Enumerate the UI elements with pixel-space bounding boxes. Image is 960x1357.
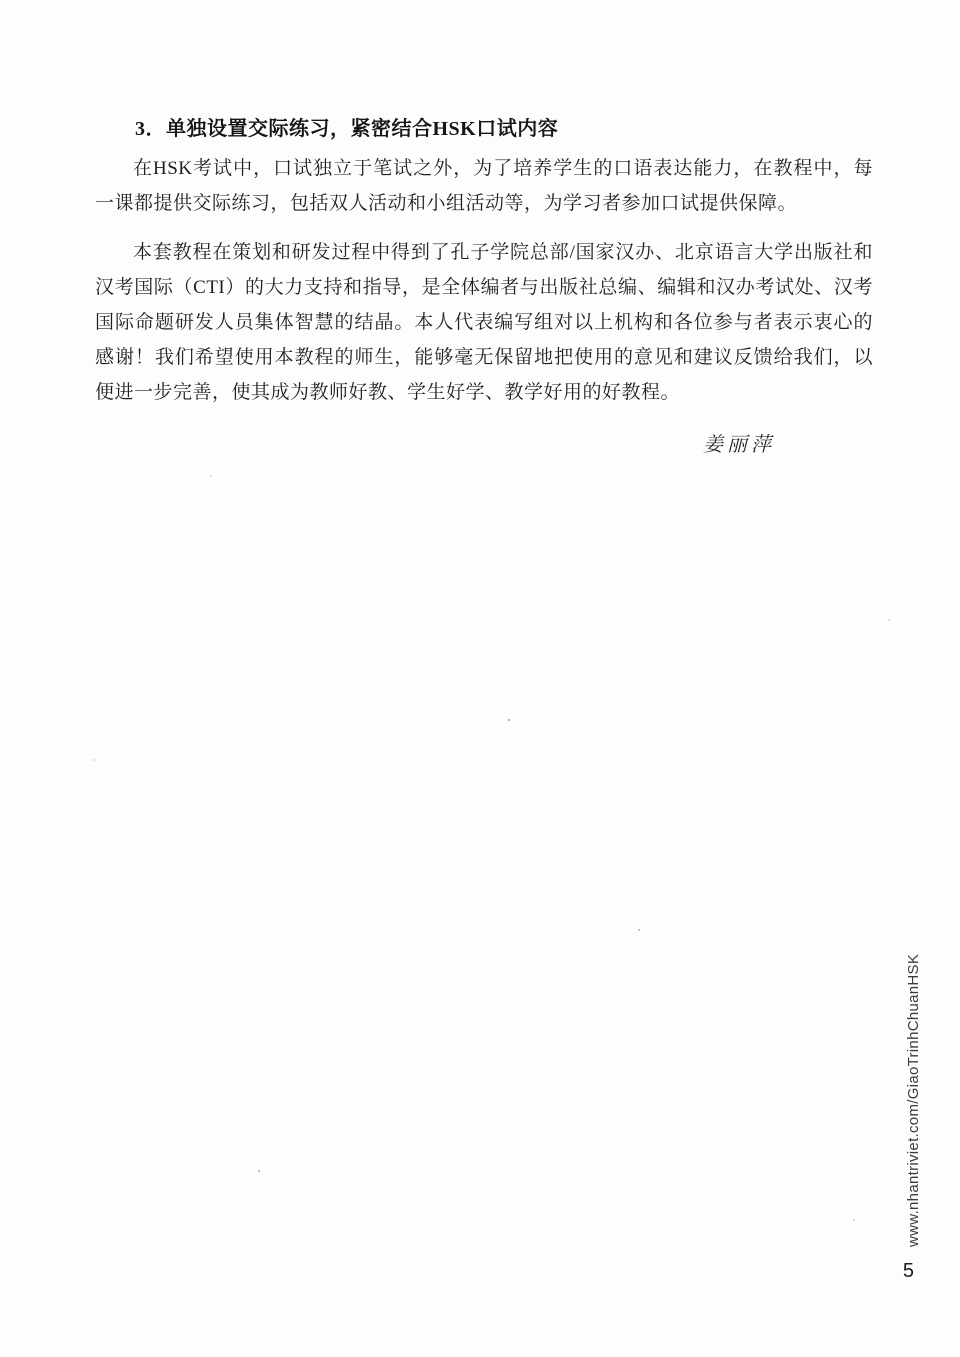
section-heading: 3．单独设置交际练习，紧密结合HSK口试内容 (95, 112, 873, 147)
paragraph-acknowledgements: 本套教程在策划和研发过程中得到了孔子学院总部/国家汉办、北京语言大学出版社和汉考… (95, 235, 873, 410)
page-number: 5 (903, 1260, 914, 1283)
author-signature: 姜丽萍 (95, 428, 873, 463)
page-content: 3．单独设置交际练习，紧密结合HSK口试内容 在HSK考试中，口试独立于笔试之外… (95, 112, 873, 463)
sidebar-watermark-url: www.nhantriviet.com/GiaoTrinhChuanHSK (905, 963, 922, 1247)
paragraph-hsk-oral-exam: 在HSK考试中，口试独立于笔试之外，为了培养学生的口语表达能力，在教程中，每一课… (95, 151, 873, 221)
scanned-book-page: 3．单独设置交际练习，紧密结合HSK口试内容 在HSK考试中，口试独立于笔试之外… (0, 0, 960, 1357)
